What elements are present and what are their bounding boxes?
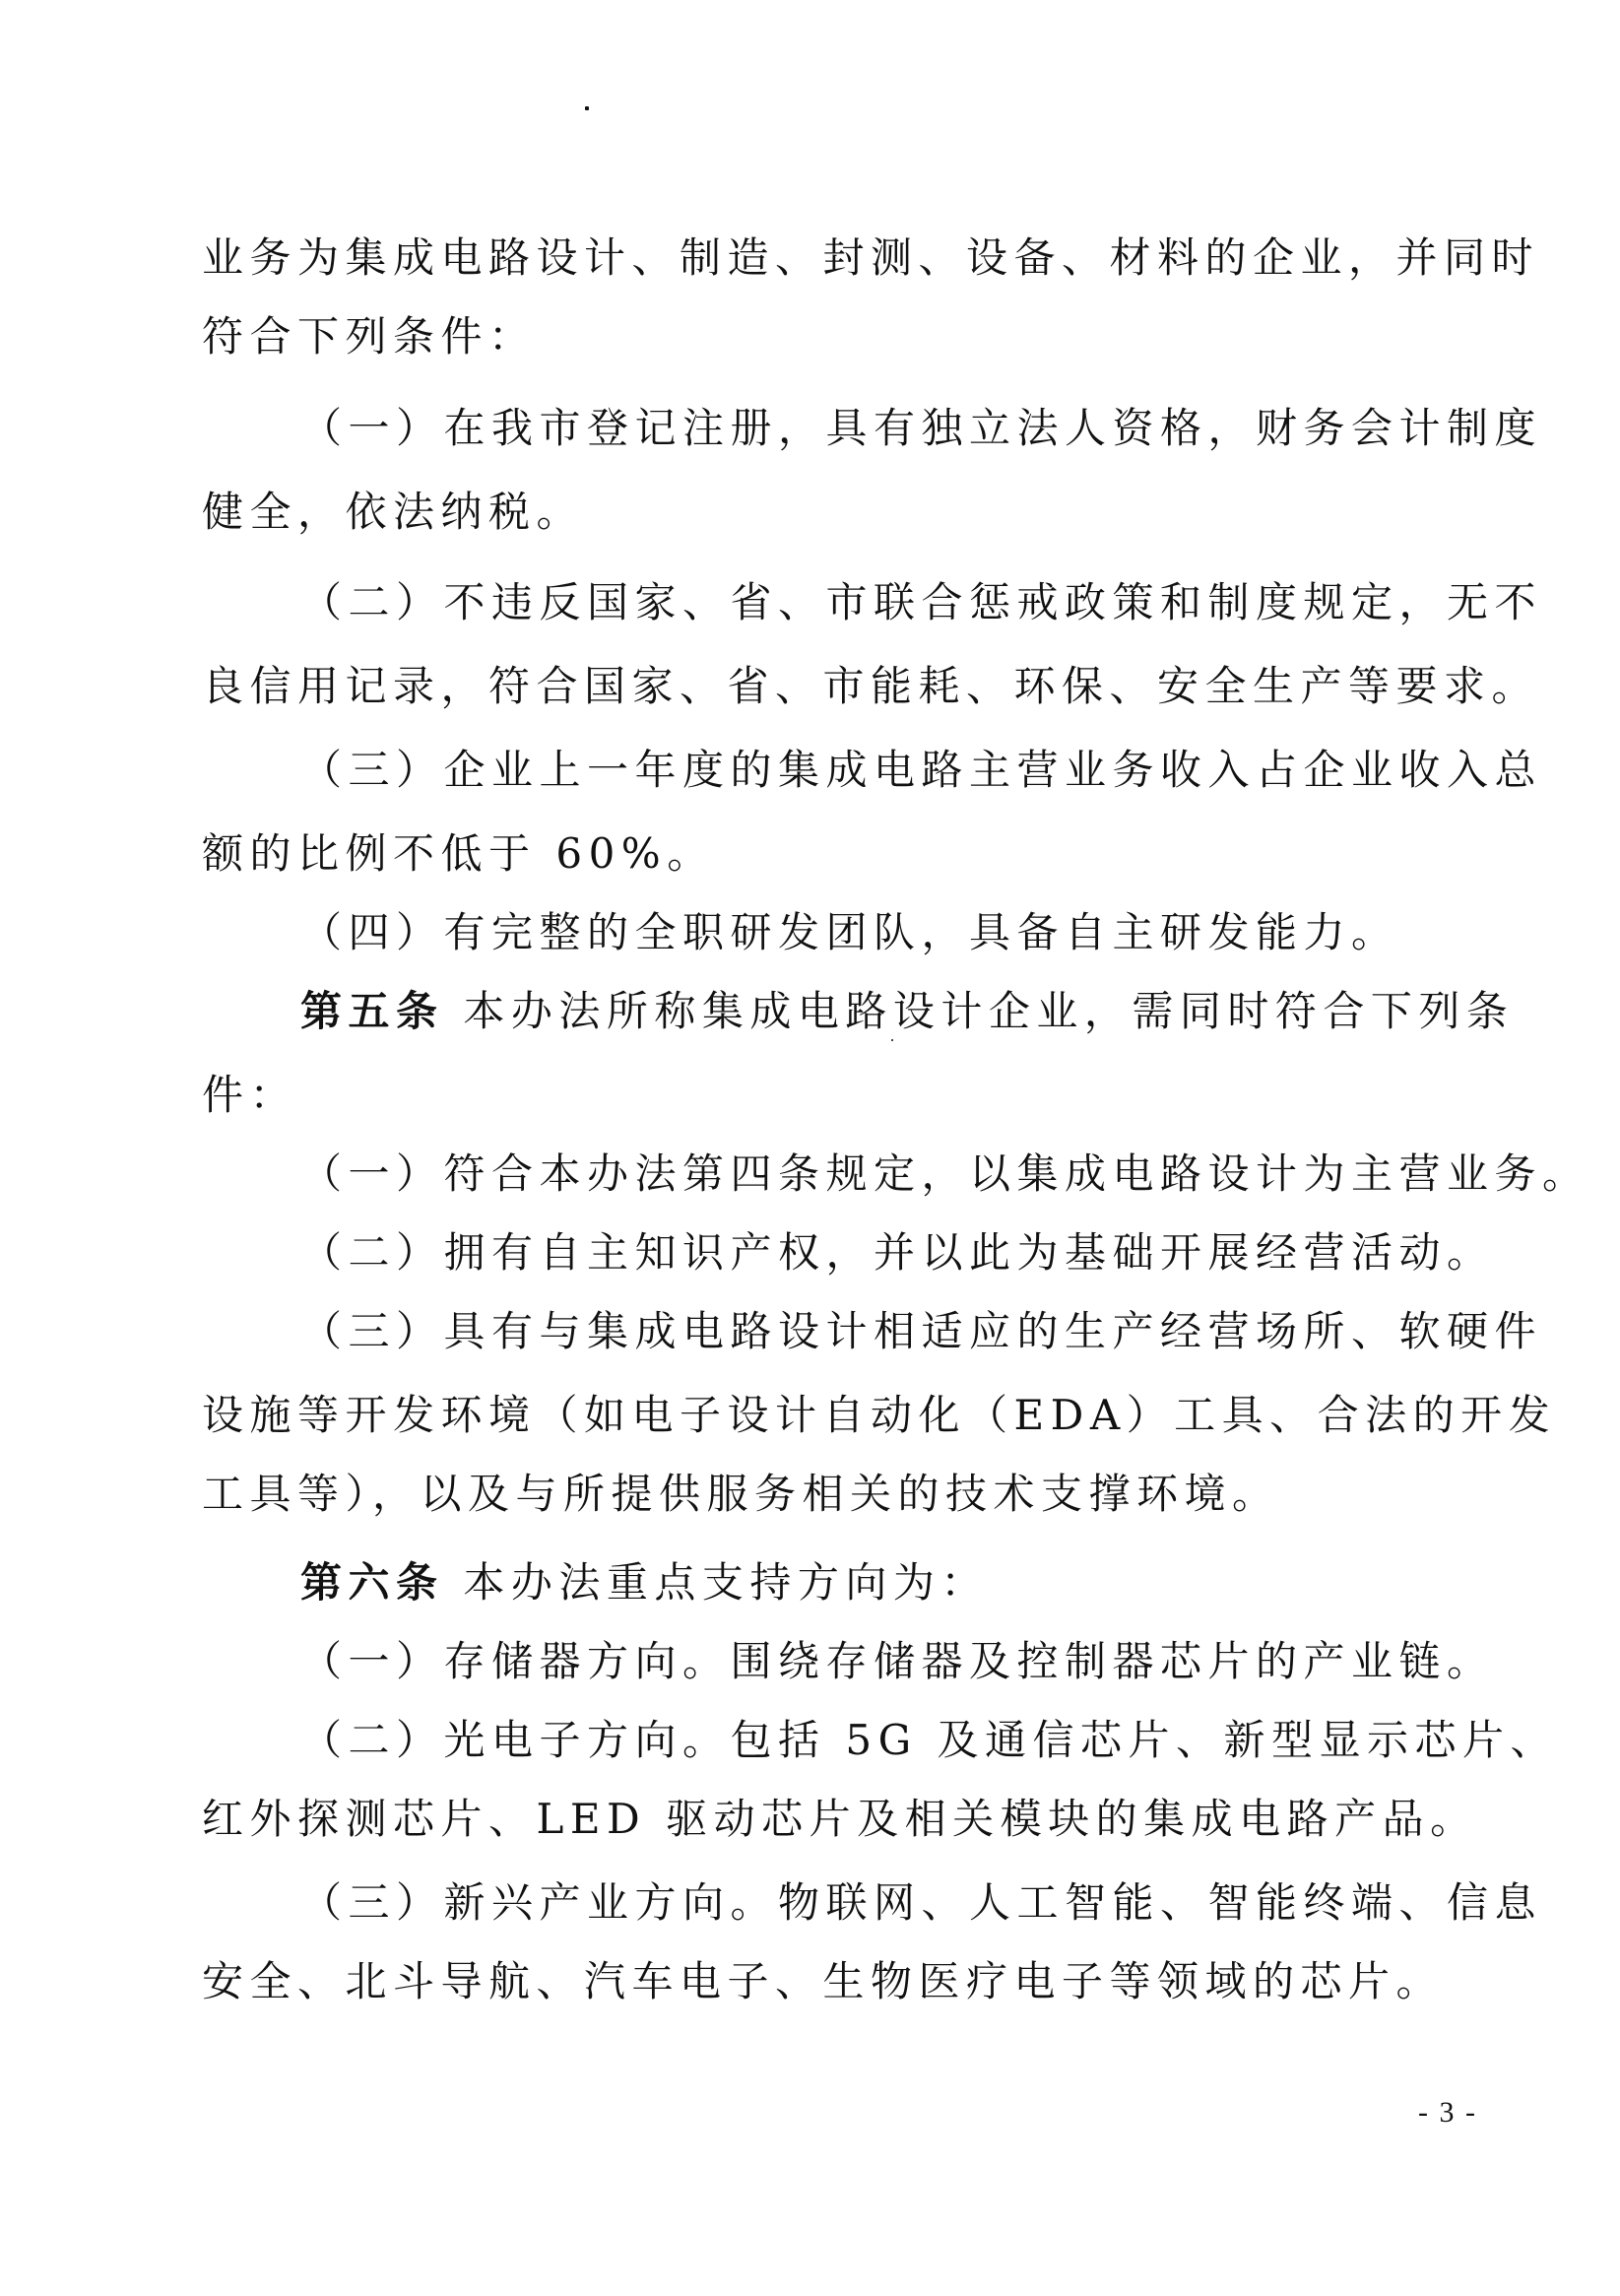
- paragraph-line: 符合下列条件：: [202, 307, 1433, 366]
- article-5-clause-3: 工具等），以及与所提供服务相关的技术支撑环境。: [202, 1465, 1433, 1524]
- article-5-line: 第五条 本办法所称集成电路设计企业，需同时符合下列条: [300, 982, 1433, 1041]
- clause-3-line: （三）企业上一年度的集成电路主营业务收入占企业收入总: [300, 741, 1433, 800]
- paragraph-line: 业务为集成电路设计、制造、封测、设备、材料的企业，并同时: [202, 229, 1433, 288]
- article-5-clause-3: （三）具有与集成电路设计相适应的生产经营场所、软硬件: [300, 1302, 1433, 1361]
- clause-2-line: 良信用记录，符合国家、省、市能耗、环保、安全生产等要求。: [202, 657, 1433, 716]
- document-page: 业务为集成电路设计、制造、封测、设备、材料的企业，并同时 符合下列条件： （一）…: [0, 0, 1620, 2296]
- article-5-clause-2: （二）拥有自主知识产权，并以此为基础开展经营活动。: [300, 1223, 1433, 1282]
- article-6-clause-2: （二）光电子方向。包括 5G 及通信芯片、新型显示芯片、: [300, 1711, 1433, 1770]
- article-5-clause-1: （一）符合本办法第四条规定，以集成电路设计为主营业务。: [300, 1145, 1433, 1204]
- article-6-line: 第六条 本办法重点支持方向为：: [300, 1553, 1433, 1612]
- page-number: - 3 -: [1418, 2093, 1477, 2132]
- article-5-line: 件：: [202, 1066, 1433, 1125]
- clause-4-line: （四）有完整的全职研发团队，具备自主研发能力。: [300, 903, 1433, 962]
- article-5-clause-3: 设施等开发环境（如电子设计自动化（EDA）工具、合法的开发: [202, 1386, 1433, 1445]
- article-6-clause-2: 红外探测芯片、LED 驱动芯片及相关模块的集成电路产品。: [202, 1790, 1433, 1849]
- article-6-clause-3: （三）新兴产业方向。物联网、人工智能、智能终端、信息: [300, 1873, 1433, 1933]
- article-label: 第五条: [300, 987, 444, 1035]
- article-text: 本办法所称集成电路设计企业，需同时符合下列条: [444, 987, 1515, 1035]
- clause-1-line: 健全，依法纳税。: [202, 483, 1433, 542]
- article-label: 第六条: [300, 1558, 444, 1607]
- article-text: 本办法重点支持方向为：: [444, 1558, 989, 1607]
- clause-3-line: 额的比例不低于 60%。: [202, 824, 1433, 884]
- article-6-clause-1: （一）存储器方向。围绕存储器及控制器芯片的产业链。: [300, 1632, 1433, 1691]
- clause-1-line: （一）在我市登记注册，具有独立法人资格，财务会计制度: [300, 399, 1433, 458]
- scan-speck: [585, 106, 589, 110]
- article-6-clause-3: 安全、北斗导航、汽车电子、生物医疗电子等领域的芯片。: [202, 1952, 1433, 2011]
- clause-2-line: （二）不违反国家、省、市联合惩戒政策和制度规定，无不: [300, 573, 1433, 632]
